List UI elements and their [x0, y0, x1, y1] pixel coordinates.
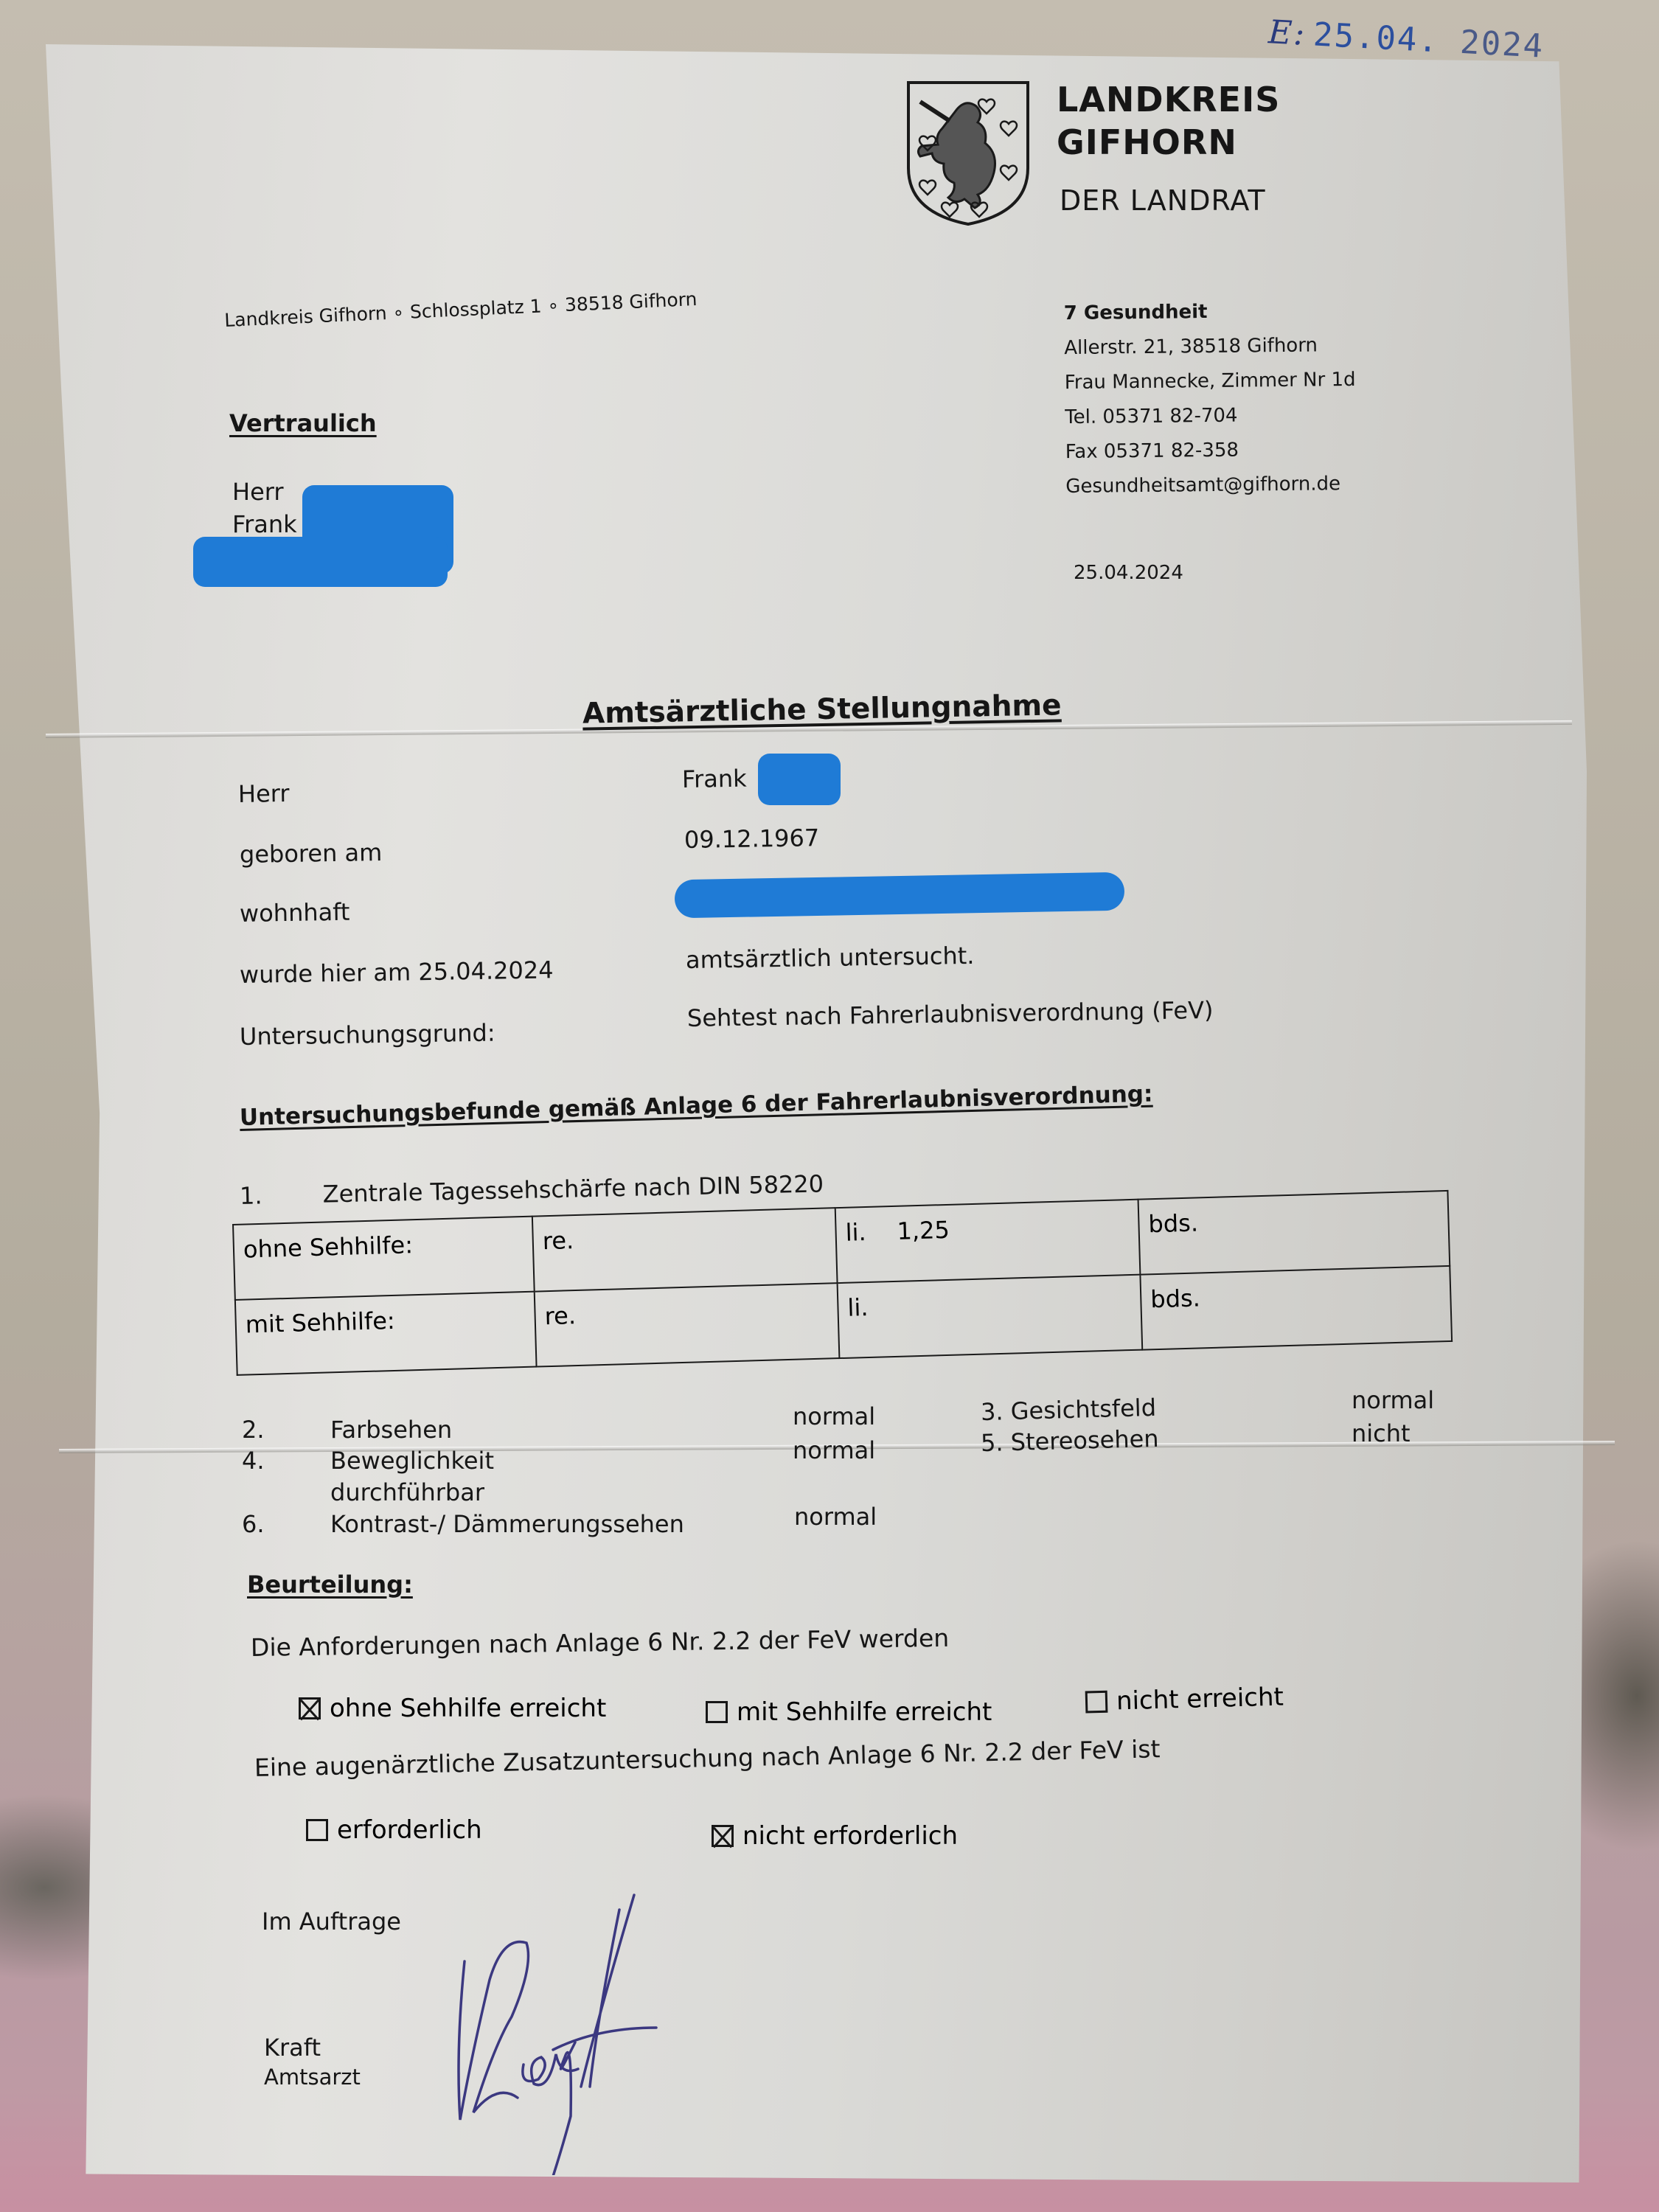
finding-label-continuation: durchführbar [330, 1478, 484, 1506]
option-not-required[interactable]: nicht erforderlich [712, 1821, 958, 1851]
checkbox-icon[interactable] [306, 1819, 328, 1841]
redaction-mark [193, 537, 448, 587]
info-label-herr: Herr [238, 779, 290, 808]
org-subtitle: DER LANDRAT [1060, 184, 1266, 217]
checkbox-checked-icon[interactable] [712, 1825, 734, 1847]
cell-both-eyes: bds. [1140, 1266, 1452, 1350]
cell-label: bds. [1148, 1208, 1199, 1238]
department: 7 Gesundheit [1064, 293, 1355, 331]
contact-fax: Fax 05371 82-358 [1065, 432, 1357, 470]
cell-both-eyes: bds. [1138, 1191, 1450, 1275]
option-not-achieved[interactable]: nicht erreicht [1085, 1682, 1284, 1717]
option-label: nicht erreicht [1116, 1682, 1284, 1716]
finding-label-motility: Beweglichkeit [330, 1447, 494, 1475]
finding-result: nicht [1352, 1419, 1411, 1447]
finding-result: normal [793, 1402, 875, 1430]
finding-item-3: 3. Gesichtsfeld [981, 1394, 1157, 1426]
recipient-salutation: Herr [232, 476, 297, 508]
option-label: ohne Sehhilfe erreicht [330, 1694, 606, 1723]
handwritten-signature-icon [442, 1880, 678, 2175]
contact-email: Gesundheitsamt@gifhorn.de [1065, 467, 1357, 504]
option-required[interactable]: erforderlich [306, 1815, 482, 1845]
finding-number: 2. [242, 1416, 265, 1444]
finding-number: 3. [981, 1397, 1004, 1426]
info-value-examined: amtsärztlich untersucht. [686, 942, 975, 974]
assessment-heading: Beurteilung: [247, 1571, 413, 1599]
contact-address: Allerstr. 21, 38518 Gifhorn [1064, 328, 1355, 366]
finding-number: 1. [240, 1181, 262, 1210]
finding-result: normal [1352, 1386, 1434, 1414]
org-name-line2: GIFHORN [1057, 121, 1280, 164]
redaction-mark [675, 872, 1125, 919]
cell-right-eye: re. [532, 1208, 838, 1291]
info-value-birthdate: 09.12.1967 [684, 824, 820, 854]
redaction-mark [758, 754, 841, 805]
contact-phone: Tel. 05371 82-704 [1065, 397, 1356, 435]
cell-left-eye: li. [838, 1275, 1143, 1358]
signatory-role: Amtsarzt [264, 2062, 361, 2092]
contact-block: 7 Gesundheit Allerstr. 21, 38518 Gifhorn… [1064, 293, 1357, 504]
option-label: mit Sehhilfe erreicht [737, 1697, 992, 1727]
finding-label-stereo: Stereosehen [1010, 1425, 1159, 1456]
info-label-examined-on: wurde hier am 25.04.2024 [240, 956, 554, 989]
confidential-label: Vertraulich [229, 409, 377, 437]
stamp-year: 2024 [1459, 24, 1545, 66]
finding-number: 5. [981, 1428, 1004, 1457]
option-without-aid-achieved[interactable]: ohne Sehhilfe erreicht [299, 1694, 606, 1723]
on-behalf-label: Im Auftrage [262, 1907, 401, 1935]
option-with-aid-achieved[interactable]: mit Sehhilfe erreicht [706, 1697, 992, 1727]
signatory-name: Kraft [264, 2033, 361, 2062]
stamp-prefix: E: [1267, 13, 1307, 53]
org-name: LANDKREIS GIFHORN [1057, 78, 1280, 164]
contact-person: Frau Mannecke, Zimmer Nr 1d [1065, 363, 1356, 400]
finding-item-5: 5. Stereosehen [981, 1425, 1159, 1457]
checkbox-icon[interactable] [706, 1701, 728, 1723]
cell-label: re. [542, 1226, 574, 1255]
cell-label: bds. [1150, 1284, 1201, 1313]
finding-result: normal [794, 1503, 877, 1531]
checkbox-checked-icon[interactable] [299, 1697, 321, 1719]
recipient-name: Frank [232, 508, 297, 540]
recipient-address: Herr Frank [232, 476, 297, 540]
finding-label-visual-field: Gesichtsfeld [1010, 1394, 1156, 1425]
org-name-line1: LANDKREIS [1057, 78, 1280, 121]
finding-number: 6. [242, 1510, 265, 1538]
info-label-reason: Untersuchungsgrund: [240, 1019, 495, 1051]
row-label-with-aid: mit Sehhilfe: [235, 1292, 537, 1375]
info-label-residence: wohnhaft [240, 898, 350, 928]
option-label: nicht erforderlich [742, 1821, 958, 1851]
finding-label-contrast: Kontrast-/ Dämmerungssehen [330, 1510, 684, 1538]
cell-label: li. [845, 1218, 866, 1247]
finding-number: 4. [242, 1447, 265, 1475]
cell-label: li. [847, 1293, 869, 1322]
signatory: Kraft Amtsarzt [264, 2033, 361, 2092]
cell-value [605, 1225, 605, 1253]
cell-value [1228, 1208, 1229, 1236]
cell-right-eye: re. [535, 1283, 840, 1366]
coat-of-arms-icon [905, 80, 1031, 227]
stamp-date: 25.04. [1312, 15, 1440, 60]
letter-date: 25.04.2024 [1074, 562, 1183, 584]
cell-left-eye: li.1,25 [835, 1200, 1141, 1283]
cell-value [1231, 1283, 1231, 1311]
cell-value [899, 1293, 900, 1321]
info-value-name: Frank [682, 765, 747, 793]
checkbox-icon[interactable] [1085, 1691, 1108, 1714]
cell-value: 1,25 [897, 1216, 950, 1245]
finding-result: normal [793, 1436, 875, 1464]
row-label-without-aid: ohne Sehhilfe: [233, 1217, 535, 1300]
option-label: erforderlich [337, 1815, 482, 1845]
cell-value [606, 1301, 607, 1329]
finding-label-color-vision: Farbsehen [330, 1416, 452, 1444]
cell-label: re. [544, 1301, 576, 1330]
info-label-born: geboren am [240, 838, 383, 869]
